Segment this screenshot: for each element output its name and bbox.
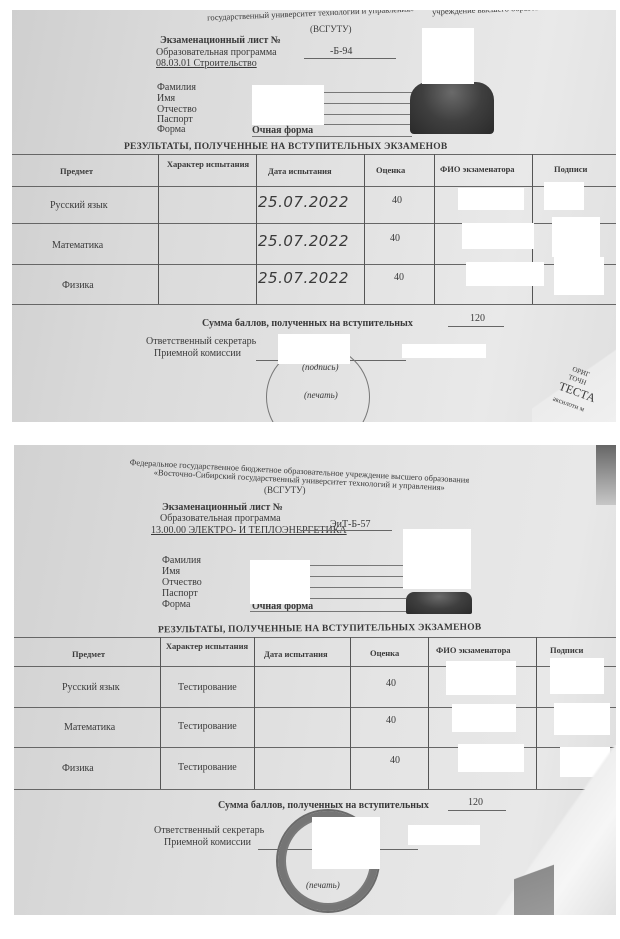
row-subject: Физика <box>62 763 94 774</box>
table-border <box>14 637 616 638</box>
exam-number-underline <box>300 530 392 531</box>
col-header-type: Характер испытания <box>162 642 252 651</box>
redacted-examiner <box>466 262 544 286</box>
redacted-signature <box>278 334 350 364</box>
university-header-line: государственный университет технологий и… <box>207 10 415 23</box>
passport-label: Паспорт <box>162 588 198 599</box>
row-date: 25.07.2022 <box>258 193 349 211</box>
exam-sheet-label: Экзаменационный лист № <box>162 502 283 513</box>
field-line <box>252 136 412 137</box>
row-score: 40 <box>392 195 402 206</box>
col-header-date: Дата испытания <box>264 649 328 659</box>
form-label: Форма <box>157 124 185 135</box>
row-score: 40 <box>390 755 400 766</box>
redacted-secretary-name <box>402 344 486 358</box>
row-score: 40 <box>390 233 400 244</box>
col-header-subject: Предмет <box>60 166 93 176</box>
university-header-partial: учреждение высшего образования <box>432 10 556 17</box>
table-border <box>14 666 616 667</box>
table-border <box>254 637 255 789</box>
col-header-score: Оценка <box>376 165 405 175</box>
stamp-caption: (печать) <box>304 390 338 400</box>
table-border <box>350 637 351 789</box>
redacted-signature <box>312 817 380 869</box>
row-subject: Русский язык <box>50 200 108 211</box>
exam-sheet-number: ЭиТ-Б-57 <box>330 519 370 530</box>
row-subject: Математика <box>52 240 103 251</box>
row-type: Тестирование <box>178 682 237 693</box>
redacted-face <box>422 28 474 84</box>
results-title: РЕЗУЛЬТАТЫ, ПОЛУЧЕННЫЕ НА ВСТУПИТЕЛЬНЫХ … <box>158 623 481 636</box>
redacted-examiner <box>462 223 534 249</box>
row-subject: Русский язык <box>62 682 120 693</box>
surname-label: Фамилия <box>157 82 196 93</box>
sum-underline <box>448 326 504 327</box>
table-border <box>14 707 616 708</box>
redacted-examiner <box>458 188 524 210</box>
row-score: 40 <box>394 272 404 283</box>
program-label: Образовательная программа <box>156 47 277 58</box>
background-edge <box>596 445 616 505</box>
row-type: Тестирование <box>178 721 237 732</box>
redacted-signature <box>552 217 600 257</box>
row-date: 25.07.2022 <box>258 232 349 250</box>
redacted-personal-data <box>252 85 324 125</box>
row-subject: Математика <box>64 722 115 733</box>
exam-sheet-number: -Б-94 <box>330 46 352 57</box>
form-label: Форма <box>162 599 190 610</box>
col-header-signatures: Подписи <box>554 164 587 174</box>
stamp-caption: (печать) <box>306 880 340 890</box>
results-title: РЕЗУЛЬТАТЫ, ПОЛУЧЕННЫЕ НА ВСТУПИТЕЛЬНЫХ … <box>124 142 447 152</box>
secretary-label-2: Приемной комиссии <box>154 348 241 359</box>
form-value: Очная форма <box>252 125 313 136</box>
university-abbr: (ВСГУТУ) <box>310 24 351 34</box>
secretary-label: Ответственный секретарь <box>146 336 256 347</box>
exam-sheet-photo-2: Федеральное государственное бюджетное об… <box>14 445 616 915</box>
redacted-examiner <box>452 704 516 732</box>
name-label: Имя <box>157 93 175 104</box>
table-border <box>428 637 429 789</box>
portrait-photo <box>410 82 494 134</box>
row-subject: Физика <box>62 280 94 291</box>
table-border <box>158 154 159 304</box>
row-date: 25.07.2022 <box>258 269 349 287</box>
exam-number-underline <box>304 58 396 59</box>
name-label: Имя <box>162 566 180 577</box>
background-shadow <box>514 845 554 915</box>
row-score: 40 <box>386 715 396 726</box>
redacted-signature <box>554 257 604 295</box>
table-border <box>434 154 435 304</box>
patronymic-label: Отчество <box>162 577 202 588</box>
portrait-photo <box>406 592 472 614</box>
table-border <box>364 154 365 304</box>
redacted-signature <box>554 703 610 735</box>
surname-label: Фамилия <box>162 555 201 566</box>
table-border <box>12 154 616 155</box>
col-header-signatures: Подписи <box>550 645 583 655</box>
col-header-score: Оценка <box>370 648 399 658</box>
col-header-examiner: ФИО экзаменатора <box>436 645 511 655</box>
sum-value: 120 <box>470 313 485 324</box>
secretary-label: Ответственный секретарь <box>154 825 264 836</box>
exam-sheet-label: Экзаменационный лист № <box>160 35 281 46</box>
secretary-label-2: Приемной комиссии <box>164 837 251 848</box>
exam-sheet-photo-1: государственный университет технологий и… <box>12 10 616 422</box>
redacted-signature <box>544 182 584 210</box>
col-header-examiner: ФИО экзаменатора <box>440 164 515 174</box>
col-header-type: Характер испытания <box>162 160 254 169</box>
redacted-personal-data <box>250 560 310 604</box>
table-border <box>256 154 257 304</box>
table-border <box>12 186 616 187</box>
sum-label: Сумма баллов, полученных на вступительны… <box>202 318 413 329</box>
program-label: Образовательная программа <box>160 513 281 524</box>
university-abbr: (ВСГУТУ) <box>264 485 305 495</box>
row-type: Тестирование <box>178 762 237 773</box>
redacted-examiner <box>446 661 516 695</box>
col-header-date: Дата испытания <box>268 166 332 176</box>
program-value: 08.03.01 Строительство <box>156 58 257 69</box>
redacted-signature <box>550 658 604 694</box>
row-score: 40 <box>386 678 396 689</box>
table-border <box>12 304 616 305</box>
redacted-face <box>403 529 471 589</box>
table-border <box>160 637 161 789</box>
col-header-subject: Предмет <box>72 649 105 659</box>
field-line <box>250 611 406 612</box>
